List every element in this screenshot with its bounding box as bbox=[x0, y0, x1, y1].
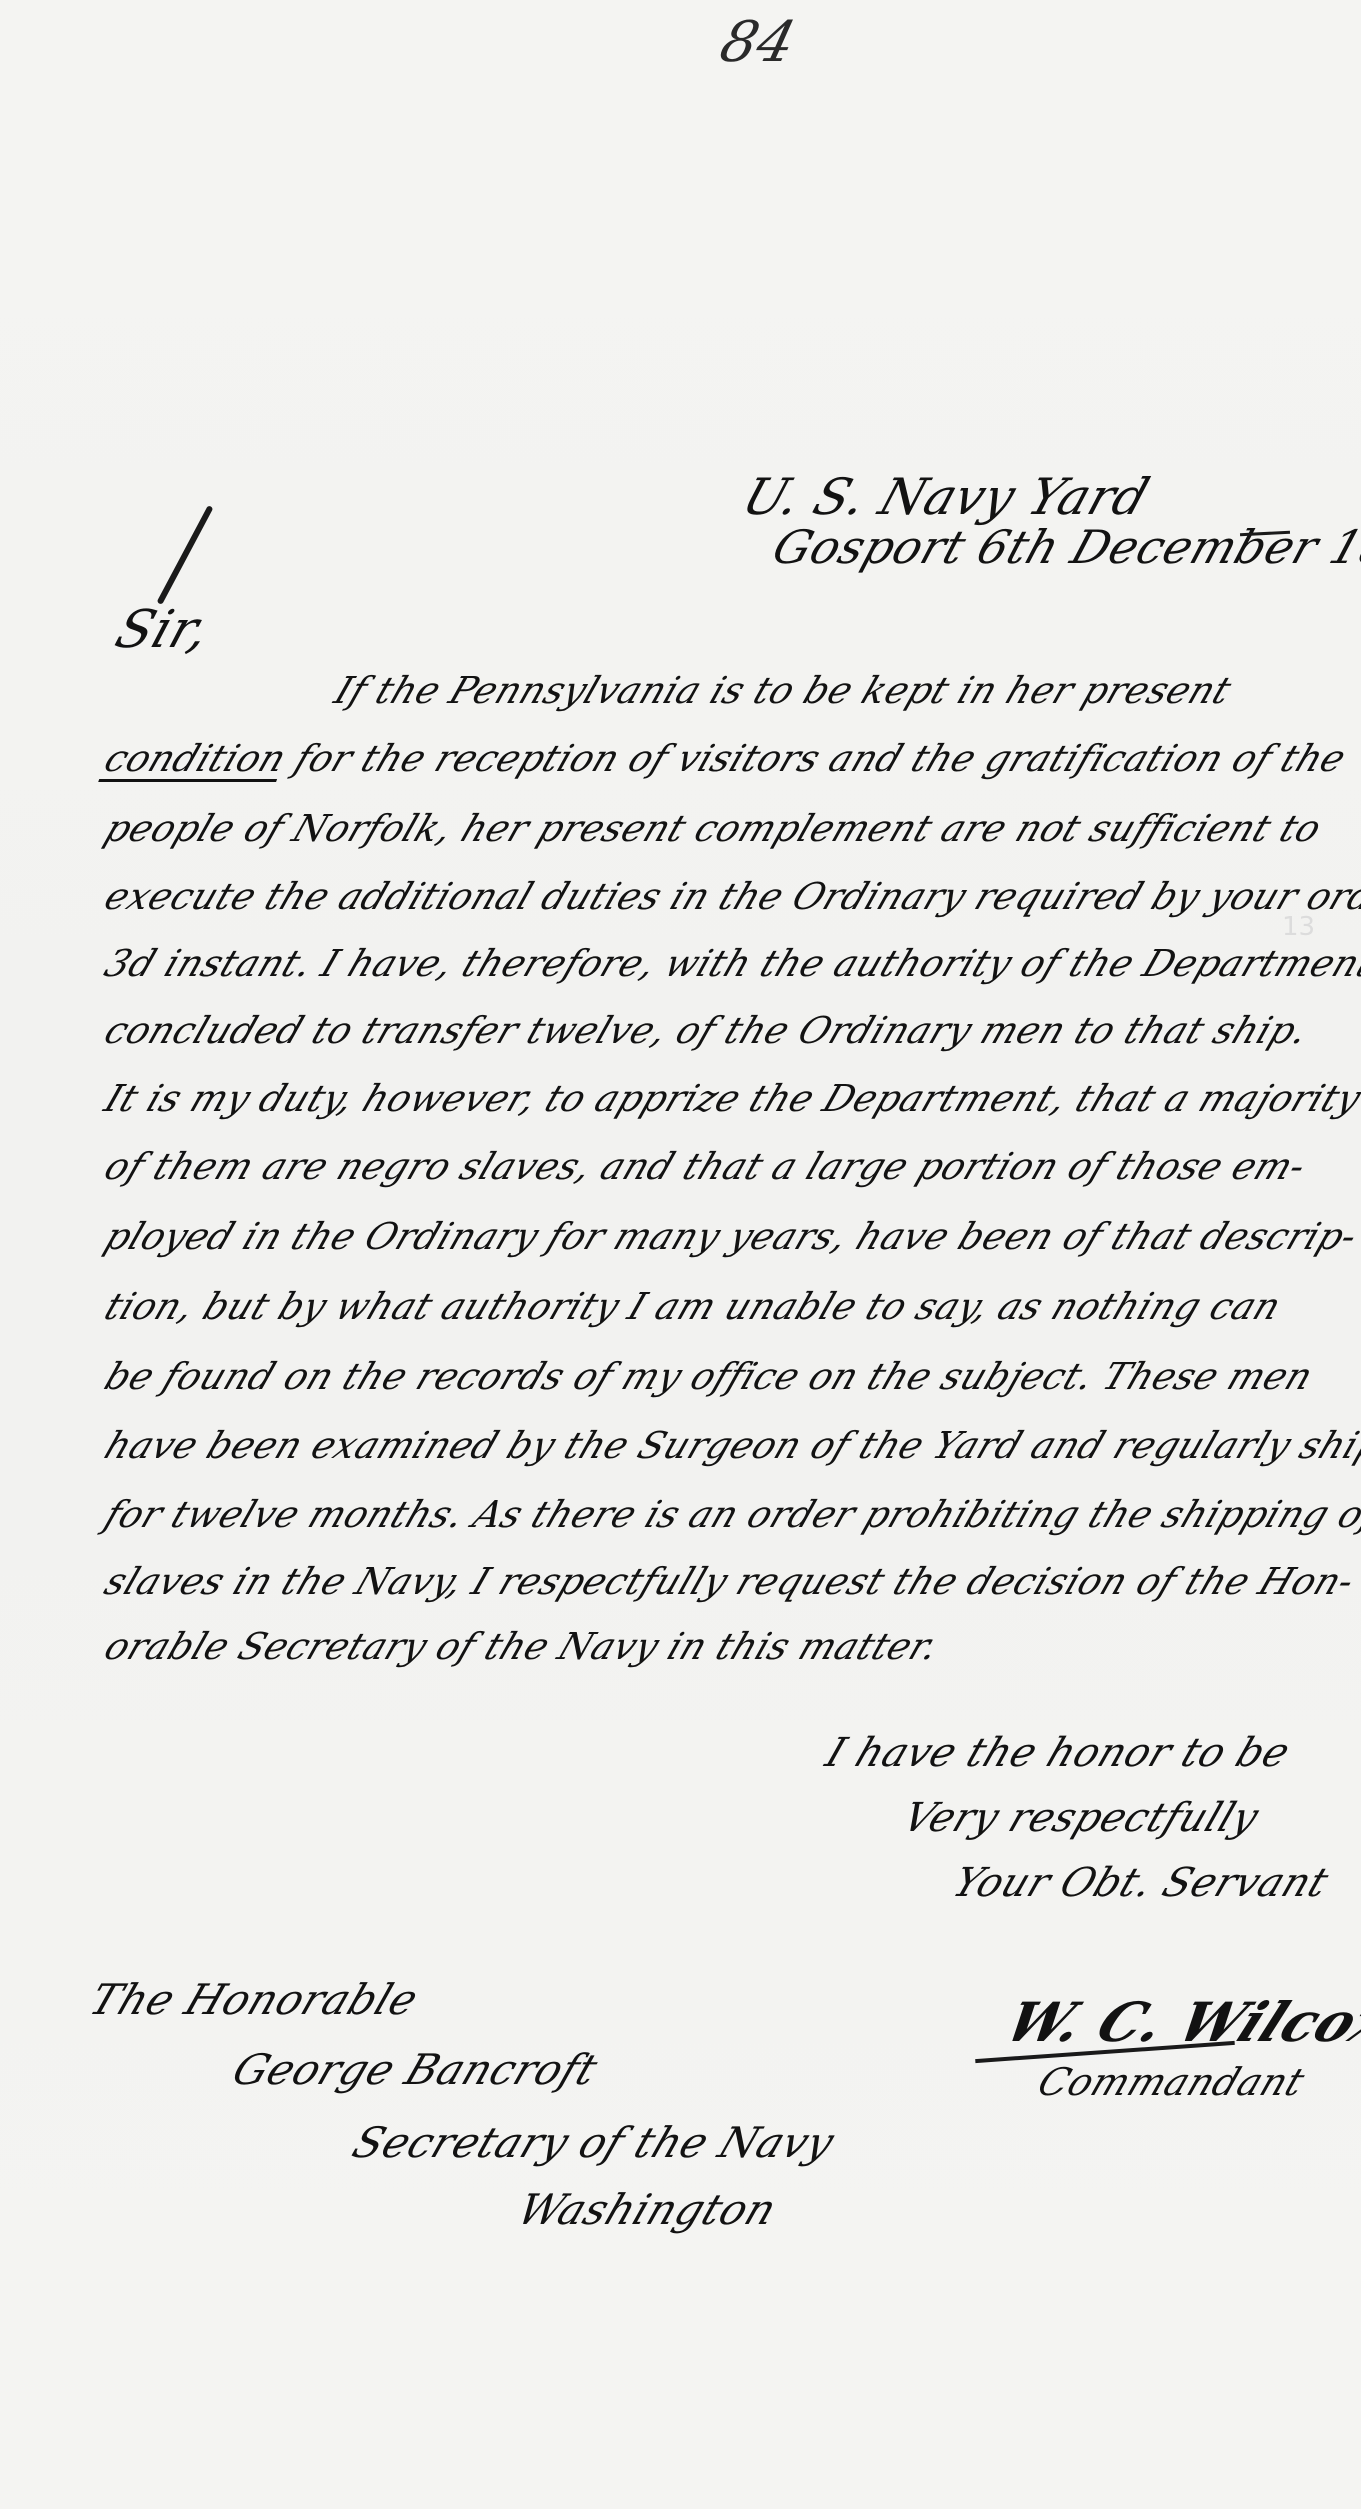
salutation: Sir, bbox=[108, 600, 217, 660]
closing-line-3: Your Obt. Servant bbox=[947, 1860, 1335, 1906]
addressee-line-2: George Bancroft bbox=[226, 2045, 604, 2094]
body-line-11: be found on the records of my office on … bbox=[100, 1358, 1303, 1395]
underlined-word: condition bbox=[99, 737, 293, 780]
body-line-12: have been examined by the Surgeon of the… bbox=[100, 1427, 1303, 1464]
heading-date: Gosport 6th December 1845 bbox=[766, 520, 1361, 574]
addressee-line-1: The Honorable bbox=[83, 1975, 425, 2024]
body-line-1: If the Pennsylvania is to be kept in her… bbox=[330, 672, 1303, 709]
body-line-14: slaves in the Navy, I respectfully reque… bbox=[100, 1563, 1303, 1600]
signatory-title: Commandant bbox=[1032, 2060, 1311, 2104]
addressee-line-3: Secretary of the Navy bbox=[346, 2118, 841, 2167]
closing-line-1: I have the honor to be bbox=[820, 1730, 1297, 1776]
closing-line-2: Very respectfully bbox=[897, 1795, 1265, 1841]
archive-stamp: 13 bbox=[1282, 912, 1315, 942]
body-line-15: orable Secretary of the Navy in this mat… bbox=[100, 1628, 1303, 1665]
heading-place: U. S. Navy Yard bbox=[736, 468, 1157, 526]
letter-page: 84 U. S. Navy Yard Gosport 6th December … bbox=[0, 0, 1361, 2509]
body-line-7: It is my duty, however, to apprize the D… bbox=[100, 1080, 1303, 1117]
body-line-9: ployed in the Ordinary for many years, h… bbox=[100, 1218, 1303, 1255]
body-line-8: of them are negro slaves, and that a lar… bbox=[100, 1148, 1303, 1185]
body-line-5: 3d instant. I have, therefore, with the … bbox=[100, 945, 1303, 982]
body-line-10: tion, but by what authority I am unable … bbox=[100, 1288, 1303, 1325]
body-line-2: condition for the reception of visitors … bbox=[100, 740, 1303, 777]
folio-number: 84 bbox=[714, 10, 802, 75]
body-line-6: concluded to transfer twelve, of the Ord… bbox=[100, 1012, 1303, 1049]
body-line-3: people of Norfolk, her present complemen… bbox=[100, 810, 1303, 847]
addressee-line-4: Washington bbox=[511, 2185, 784, 2234]
body-line-2-rest: for the reception of visitors and the gr… bbox=[277, 737, 1352, 780]
body-line-4: execute the additional duties in the Ord… bbox=[100, 878, 1303, 915]
salutation-flourish bbox=[157, 505, 214, 605]
body-line-13: for twelve months. As there is an order … bbox=[100, 1496, 1303, 1533]
